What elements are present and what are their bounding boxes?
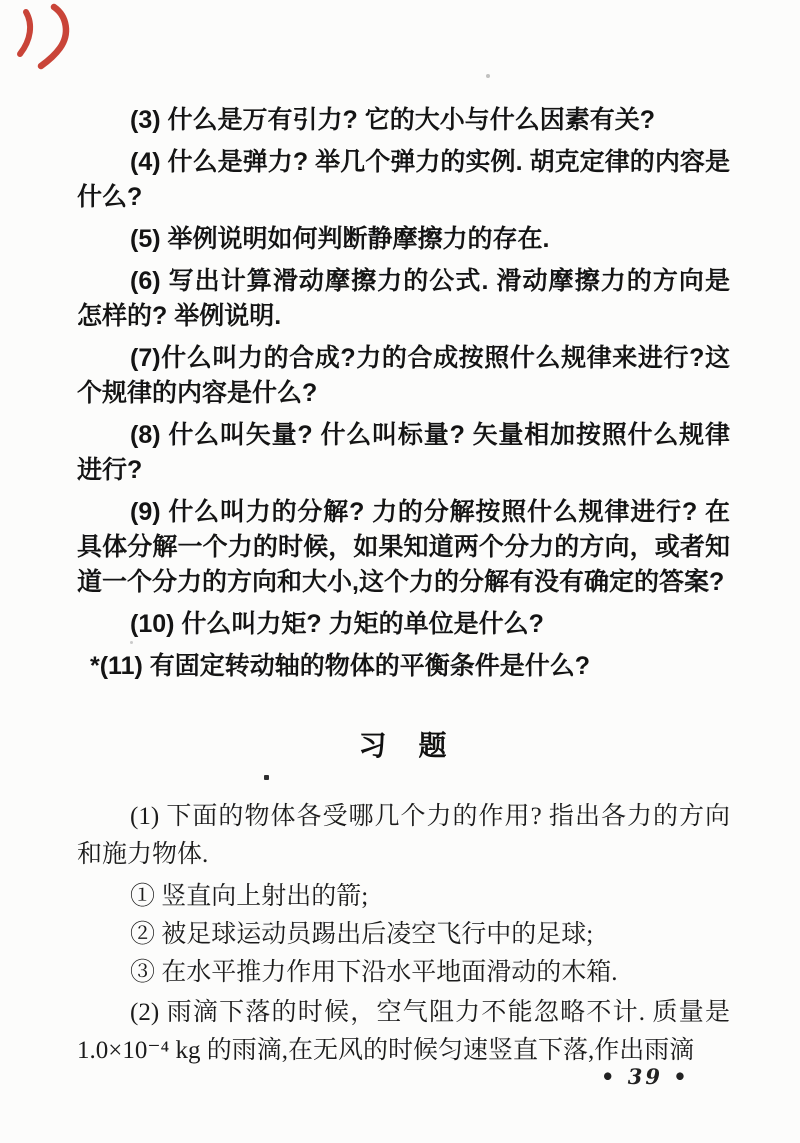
review-question-3: (3) 什么是万有引力? 它的大小与什么因素有关? bbox=[77, 103, 730, 138]
exercises-section-heading: 习 题 bbox=[77, 728, 730, 764]
review-question-11: *(11) 有固定转动轴的物体的平衡条件是什么? bbox=[77, 649, 730, 684]
text-column: (3) 什么是万有引力? 它的大小与什么因素有关? (4) 什么是弹力? 举几个… bbox=[77, 103, 730, 1070]
page-number: • 39 • bbox=[601, 1063, 690, 1091]
review-question-9: (9) 什么叫力的分解? 力的分解按照什么规律进行? 在具体分解一个力的时候，如… bbox=[77, 495, 730, 600]
ink-speck bbox=[486, 74, 490, 78]
exercise-1-sub-2: ② 被足球运动员踢出后凌空飞行中的足球; bbox=[77, 916, 730, 954]
exercise-2: (2) 雨滴下落的时候，空气阻力不能忽略不计. 质量是1.0×10⁻⁴ kg 的… bbox=[77, 994, 730, 1070]
review-question-4: (4) 什么是弹力? 举几个弹力的实例. 胡克定律的内容是什么? bbox=[77, 145, 730, 215]
review-question-10: (10) 什么叫力矩? 力矩的单位是什么? bbox=[77, 607, 730, 642]
review-question-8: (8) 什么叫矢量? 什么叫标量? 矢量相加按照什么规律进行? bbox=[77, 418, 730, 488]
exercise-1-sub-1: ① 竖直向上射出的箭; bbox=[77, 878, 730, 916]
exercise-1-intro: (1) 下面的物体各受哪几个力的作用? 指出各力的方向和施力物体. bbox=[77, 798, 730, 874]
review-question-7: (7)什么叫力的合成?力的合成按照什么规律来进行?这个规律的内容是什么? bbox=[77, 341, 730, 411]
textbook-scan-page: (3) 什么是万有引力? 它的大小与什么因素有关? (4) 什么是弹力? 举几个… bbox=[0, 0, 800, 1143]
exercise-1-sub-3: ③ 在水平推力作用下沿水平地面滑动的木箱. bbox=[77, 954, 730, 992]
red-ink-marks-icon bbox=[12, 2, 80, 74]
review-question-5: (5) 举例说明如何判断静摩擦力的存在. bbox=[77, 222, 730, 257]
review-question-6: (6) 写出计算滑动摩擦力的公式. 滑动摩擦力的方向是怎样的? 举例说明. bbox=[77, 264, 730, 334]
